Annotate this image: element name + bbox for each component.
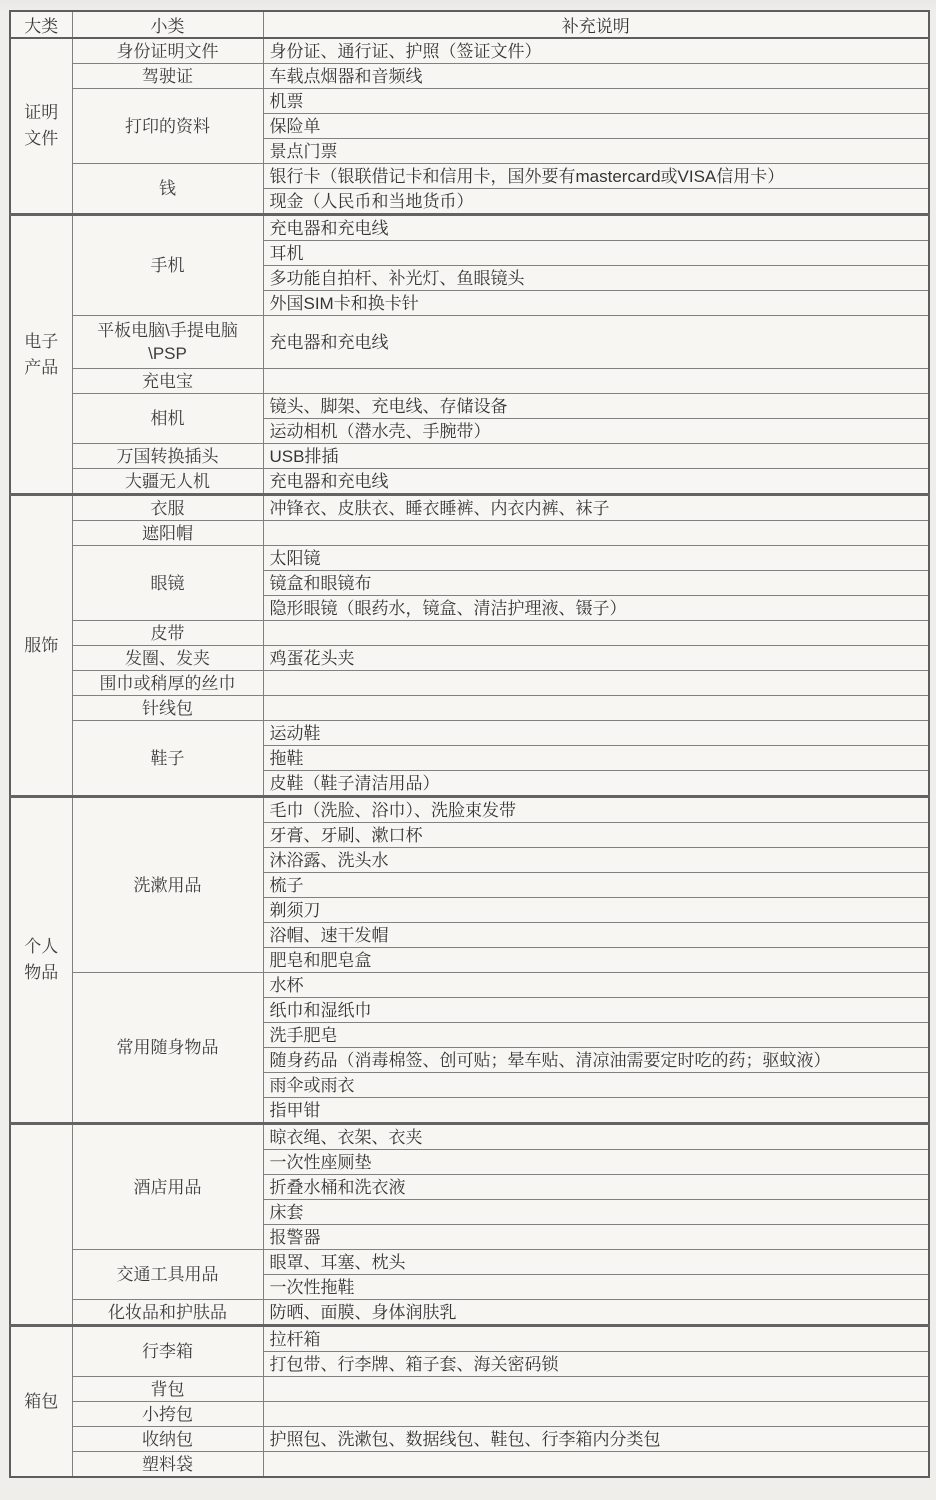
sub-category-cell: 化妆品和护肤品 xyxy=(72,1300,263,1326)
note-cell: 拖鞋 xyxy=(263,746,929,771)
note-cell: 纸巾和湿纸巾 xyxy=(263,998,929,1023)
note-cell: 外国SIM卡和换卡针 xyxy=(263,291,929,316)
note-cell: 洗手肥皂 xyxy=(263,1023,929,1048)
table-row: 酒店用品晾衣绳、衣架、衣夹 xyxy=(10,1124,929,1150)
note-cell: 现金（人民币和当地货币） xyxy=(263,189,929,215)
sub-category-cell: 充电宝 xyxy=(72,369,263,394)
table-row: 化妆品和护肤品防晒、面膜、身体润肤乳 xyxy=(10,1300,929,1326)
table-row: 万国转换插头USB排插 xyxy=(10,444,929,469)
note-cell: 打包带、行李牌、箱子套、海关密码锁 xyxy=(263,1352,929,1377)
note-cell: 隐形眼镜（眼药水，镜盒、清洁护理液、镊子） xyxy=(263,596,929,621)
table-row: 遮阳帽 xyxy=(10,521,929,546)
sub-category-cell: 大疆无人机 xyxy=(72,469,263,495)
sub-category-cell: 打印的资料 xyxy=(72,89,263,164)
major-category-cell: 箱包 xyxy=(10,1326,72,1478)
table-row: 驾驶证车载点烟器和音频线 xyxy=(10,64,929,89)
table-header-row: 大类 小类 补充说明 xyxy=(10,11,929,38)
note-cell xyxy=(263,671,929,696)
note-cell: 剃须刀 xyxy=(263,898,929,923)
note-cell: 一次性拖鞋 xyxy=(263,1275,929,1300)
note-cell xyxy=(263,369,929,394)
sub-category-cell: 万国转换插头 xyxy=(72,444,263,469)
note-cell: 车载点烟器和音频线 xyxy=(263,64,929,89)
sub-category-cell: 相机 xyxy=(72,394,263,444)
note-cell: 镜头、脚架、充电线、存储设备 xyxy=(263,394,929,419)
sub-category-cell: 眼镜 xyxy=(72,546,263,621)
note-cell: 皮鞋（鞋子清洁用品） xyxy=(263,771,929,797)
table-row: 充电宝 xyxy=(10,369,929,394)
sub-category-cell: 收纳包 xyxy=(72,1427,263,1452)
note-cell: 水杯 xyxy=(263,973,929,998)
note-cell: 鸡蛋花头夹 xyxy=(263,646,929,671)
header-major-category: 大类 xyxy=(10,11,72,38)
note-cell: 一次性座厕垫 xyxy=(263,1150,929,1175)
note-cell: 雨伞或雨衣 xyxy=(263,1073,929,1098)
note-cell: 拉杆箱 xyxy=(263,1326,929,1352)
sub-category-cell: 常用随身物品 xyxy=(72,973,263,1124)
sub-category-cell: 交通工具用品 xyxy=(72,1250,263,1300)
note-cell: 肥皂和肥皂盒 xyxy=(263,948,929,973)
note-cell: 耳机 xyxy=(263,241,929,266)
sub-category-cell: 酒店用品 xyxy=(72,1124,263,1250)
note-cell xyxy=(263,621,929,646)
table-row: 证明 文件身份证明文件身份证、通行证、护照（签证文件） xyxy=(10,38,929,64)
sub-category-cell: 手机 xyxy=(72,215,263,316)
note-cell: 多功能自拍杆、补光灯、鱼眼镜头 xyxy=(263,266,929,291)
table-row: 围巾或稍厚的丝巾 xyxy=(10,671,929,696)
table-row: 箱包行李箱拉杆箱 xyxy=(10,1326,929,1352)
table-row: 眼镜太阳镜 xyxy=(10,546,929,571)
sub-category-cell: 发圈、发夹 xyxy=(72,646,263,671)
major-category-cell: 个人 物品 xyxy=(10,797,72,1124)
note-cell: 牙膏、牙刷、漱口杯 xyxy=(263,823,929,848)
note-cell: 指甲钳 xyxy=(263,1098,929,1124)
major-category-cell: 证明 文件 xyxy=(10,38,72,215)
note-cell: 景点门票 xyxy=(263,139,929,164)
note-cell: 银行卡（银联借记卡和信用卡，国外要有mastercard或VISA信用卡） xyxy=(263,164,929,189)
note-cell: 充电器和充电线 xyxy=(263,215,929,241)
sub-category-cell: 衣服 xyxy=(72,495,263,521)
packing-checklist-page: 大类 小类 补充说明 证明 文件身份证明文件身份证、通行证、护照（签证文件）驾驶… xyxy=(0,0,936,1500)
sub-category-cell: 背包 xyxy=(72,1377,263,1402)
sub-category-cell: 行李箱 xyxy=(72,1326,263,1377)
packing-table-body: 证明 文件身份证明文件身份证、通行证、护照（签证文件）驾驶证车载点烟器和音频线打… xyxy=(10,38,929,1477)
note-cell: 太阳镜 xyxy=(263,546,929,571)
table-row: 打印的资料机票 xyxy=(10,89,929,114)
sub-category-cell: 针线包 xyxy=(72,696,263,721)
note-cell: 折叠水桶和洗衣液 xyxy=(263,1175,929,1200)
note-cell: 晾衣绳、衣架、衣夹 xyxy=(263,1124,929,1150)
note-cell xyxy=(263,1452,929,1478)
note-cell: 沐浴露、洗头水 xyxy=(263,848,929,873)
table-row: 大疆无人机充电器和充电线 xyxy=(10,469,929,495)
table-row: 钱银行卡（银联借记卡和信用卡，国外要有mastercard或VISA信用卡） xyxy=(10,164,929,189)
header-notes: 补充说明 xyxy=(263,11,929,38)
note-cell: 充电器和充电线 xyxy=(263,469,929,495)
note-cell: 浴帽、速干发帽 xyxy=(263,923,929,948)
table-row: 平板电脑\手提电脑 \PSP充电器和充电线 xyxy=(10,316,929,369)
sub-category-cell: 小挎包 xyxy=(72,1402,263,1427)
table-row: 塑料袋 xyxy=(10,1452,929,1478)
sub-category-cell: 洗漱用品 xyxy=(72,797,263,973)
header-sub-category: 小类 xyxy=(72,11,263,38)
table-row: 常用随身物品水杯 xyxy=(10,973,929,998)
sub-category-cell: 鞋子 xyxy=(72,721,263,797)
sub-category-cell: 塑料袋 xyxy=(72,1452,263,1478)
major-category-cell: 电子 产品 xyxy=(10,215,72,495)
sub-category-cell: 皮带 xyxy=(72,621,263,646)
note-cell xyxy=(263,1402,929,1427)
table-row: 小挎包 xyxy=(10,1402,929,1427)
table-row: 皮带 xyxy=(10,621,929,646)
note-cell: 运动相机（潜水壳、手腕带） xyxy=(263,419,929,444)
note-cell: 冲锋衣、皮肤衣、睡衣睡裤、内衣内裤、袜子 xyxy=(263,495,929,521)
note-cell: 梳子 xyxy=(263,873,929,898)
table-row: 背包 xyxy=(10,1377,929,1402)
table-row: 针线包 xyxy=(10,696,929,721)
note-cell: USB排插 xyxy=(263,444,929,469)
note-cell xyxy=(263,1377,929,1402)
note-cell: 防晒、面膜、身体润肤乳 xyxy=(263,1300,929,1326)
note-cell xyxy=(263,696,929,721)
note-cell: 身份证、通行证、护照（签证文件） xyxy=(263,38,929,64)
note-cell: 运动鞋 xyxy=(263,721,929,746)
sub-category-cell: 围巾或稍厚的丝巾 xyxy=(72,671,263,696)
table-row: 服饰衣服冲锋衣、皮肤衣、睡衣睡裤、内衣内裤、袜子 xyxy=(10,495,929,521)
sub-category-cell: 平板电脑\手提电脑 \PSP xyxy=(72,316,263,369)
note-cell: 充电器和充电线 xyxy=(263,316,929,369)
packing-checklist-table: 大类 小类 补充说明 证明 文件身份证明文件身份证、通行证、护照（签证文件）驾驶… xyxy=(9,10,930,1478)
note-cell: 保险单 xyxy=(263,114,929,139)
major-category-cell: 服饰 xyxy=(10,495,72,797)
sub-category-cell: 钱 xyxy=(72,164,263,215)
table-row: 电子 产品手机充电器和充电线 xyxy=(10,215,929,241)
note-cell: 眼罩、耳塞、枕头 xyxy=(263,1250,929,1275)
note-cell: 护照包、洗漱包、数据线包、鞋包、行李箱内分类包 xyxy=(263,1427,929,1452)
table-row: 收纳包护照包、洗漱包、数据线包、鞋包、行李箱内分类包 xyxy=(10,1427,929,1452)
note-cell: 镜盒和眼镜布 xyxy=(263,571,929,596)
major-category-cell xyxy=(10,1124,72,1326)
sub-category-cell: 身份证明文件 xyxy=(72,38,263,64)
note-cell: 床套 xyxy=(263,1200,929,1225)
note-cell: 报警器 xyxy=(263,1225,929,1250)
note-cell: 随身药品（消毒棉签、创可贴；晕车贴、清凉油需要定时吃的药；驱蚊液） xyxy=(263,1048,929,1073)
note-cell: 机票 xyxy=(263,89,929,114)
note-cell: 毛巾（洗脸、浴巾）、洗脸束发带 xyxy=(263,797,929,823)
table-row: 发圈、发夹鸡蛋花头夹 xyxy=(10,646,929,671)
note-cell xyxy=(263,521,929,546)
sub-category-cell: 驾驶证 xyxy=(72,64,263,89)
table-row: 交通工具用品眼罩、耳塞、枕头 xyxy=(10,1250,929,1275)
table-row: 个人 物品洗漱用品毛巾（洗脸、浴巾）、洗脸束发带 xyxy=(10,797,929,823)
table-row: 相机镜头、脚架、充电线、存储设备 xyxy=(10,394,929,419)
sub-category-cell: 遮阳帽 xyxy=(72,521,263,546)
table-row: 鞋子运动鞋 xyxy=(10,721,929,746)
